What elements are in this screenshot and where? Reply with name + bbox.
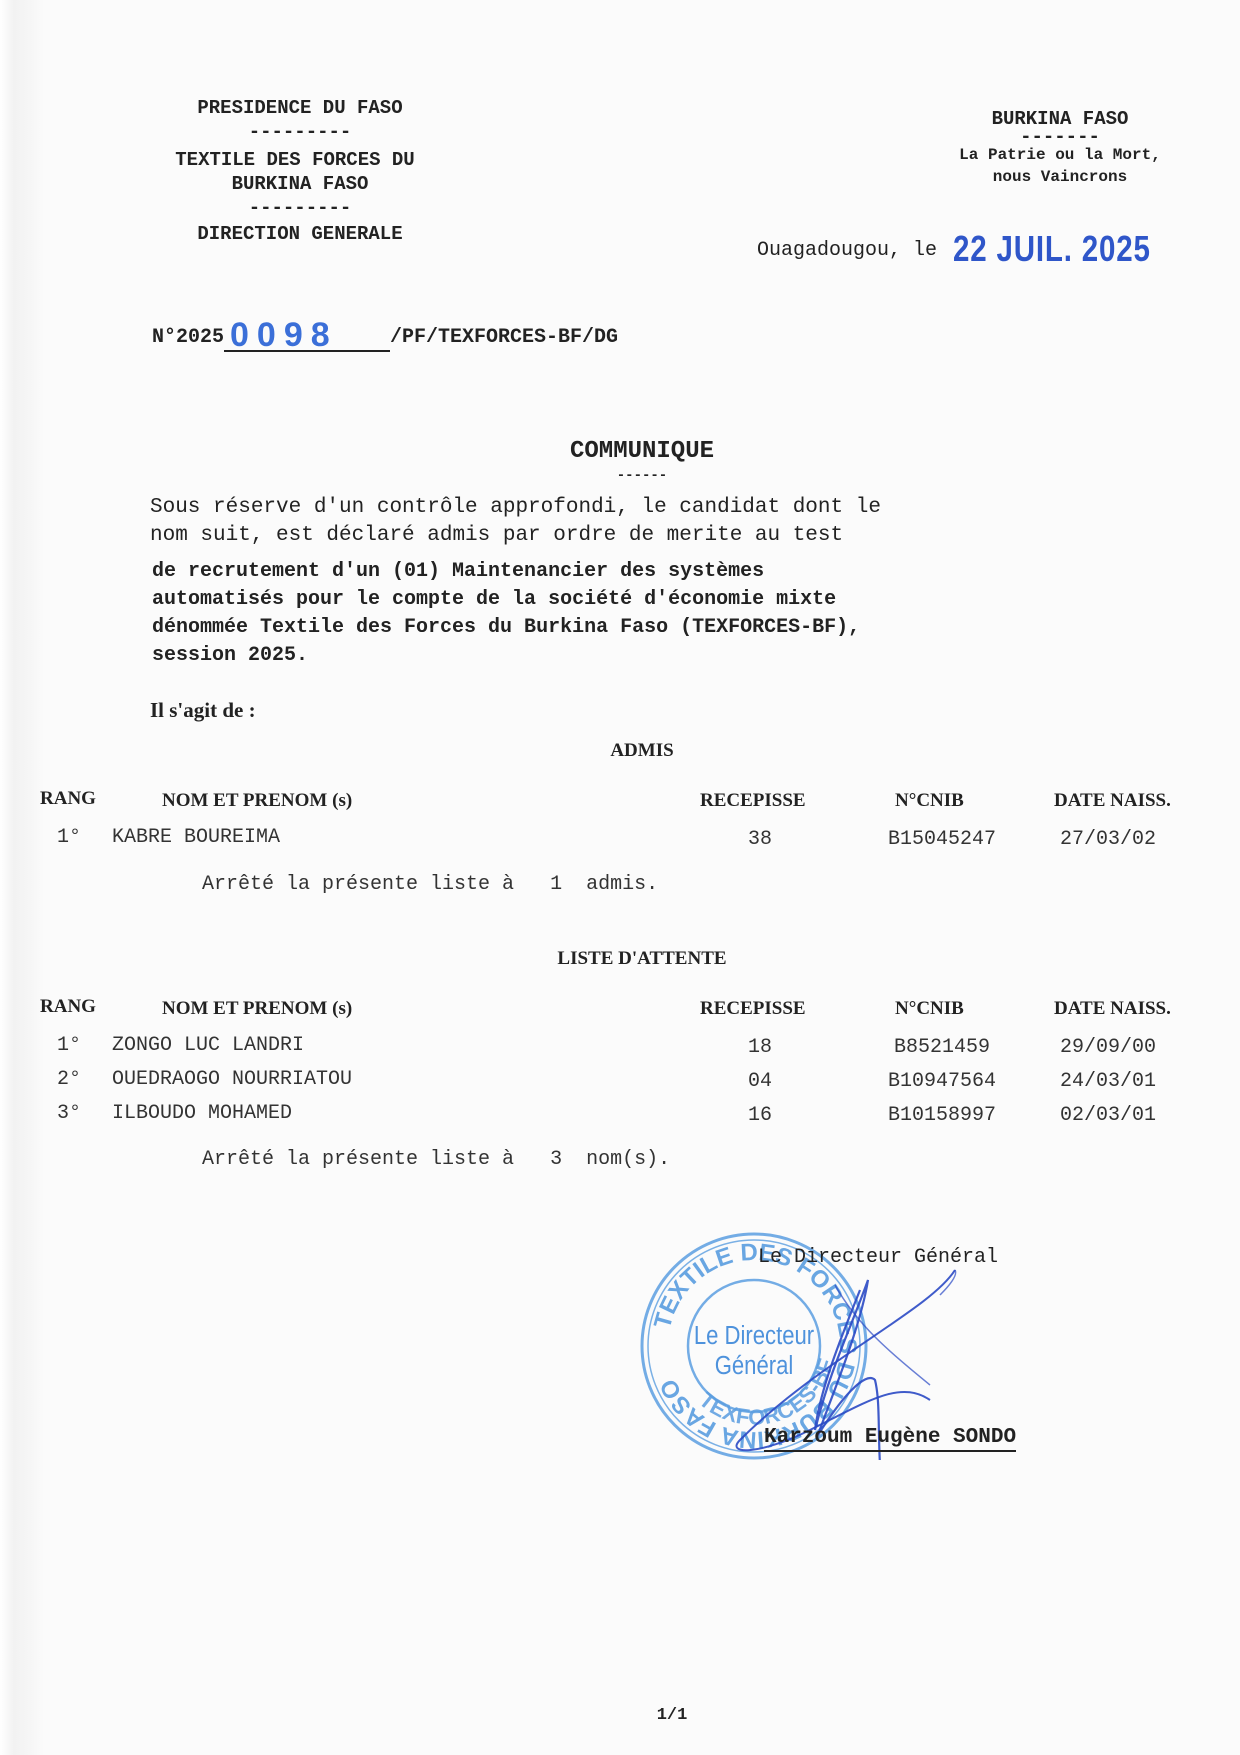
separator: --------- xyxy=(150,120,450,144)
cell-nom: KABRE BOUREIMA xyxy=(112,826,280,849)
paragraph-line: Sous réserve d'un contrôle approfondi, l… xyxy=(150,494,1070,522)
cell-recepisse: 04 xyxy=(745,1070,775,1093)
waiting-list-closing-statement: Arrêté la présente liste à 3 nom(s). xyxy=(202,1148,670,1171)
company-label-line2: BURKINA FASO xyxy=(150,172,450,196)
cell-date: 27/03/02 xyxy=(1060,828,1156,851)
paragraph-line: de recrutement d'un (01) Maintenancier d… xyxy=(152,558,1072,586)
col-header-cnib: N°CNIB xyxy=(895,790,964,812)
issuer-header: PRESIDENCE DU FASO --------- TEXTILE DES… xyxy=(150,96,450,246)
paragraph-line: nom suit, est déclaré admis par ordre de… xyxy=(150,522,1070,550)
col-header-recepisse: RECEPISSE xyxy=(700,998,806,1020)
reference-handwritten-number: 0098 xyxy=(224,320,390,352)
cell-recepisse: 16 xyxy=(745,1104,775,1127)
col-header-rang: RANG xyxy=(40,996,96,1018)
date-line: Ouagadougou, le 22 JUIL. 2025 xyxy=(757,228,1194,270)
cell-nom: ZONGO LUC LANDRI xyxy=(112,1034,304,1057)
paragraph-line: automatisés pour le compte de la société… xyxy=(152,586,1072,614)
paragraph-line: dénommée Textile des Forces du Burkina F… xyxy=(152,614,1072,642)
reference-suffix: /PF/TEXFORCES-BF/DG xyxy=(390,326,618,349)
page-number: 1/1 xyxy=(0,1706,1240,1725)
admis-closing-statement: Arrêté la présente liste à 1 admis. xyxy=(202,873,658,896)
cell-nom: ILBOUDO MOHAMED xyxy=(112,1102,292,1125)
document-title: COMMUNIQUE xyxy=(0,438,1240,465)
direction-label: DIRECTION GENERALE xyxy=(150,222,450,246)
cell-rang: 2° xyxy=(57,1068,81,1091)
intro-paragraph: Sous réserve d'un contrôle approfondi, l… xyxy=(150,494,1070,550)
country-header: BURKINA FASO ------- La Patrie ou la Mor… xyxy=(920,108,1200,188)
cell-cnib: B10947564 xyxy=(872,1070,1012,1093)
signatory-name: Karzoum Eugène SONDO xyxy=(764,1426,1016,1452)
col-header-nom: NOM ET PRENOM (s) xyxy=(162,998,352,1020)
col-header-cnib: N°CNIB xyxy=(895,998,964,1020)
motto-line2: nous Vaincrons xyxy=(920,166,1200,188)
company-label-line1: TEXTILE DES FORCES DU xyxy=(140,148,450,172)
col-header-nom: NOM ET PRENOM (s) xyxy=(162,790,352,812)
closing-count: 3 xyxy=(550,1148,562,1171)
separator: --------- xyxy=(150,196,450,220)
col-header-date: DATE NAISS. xyxy=(1054,790,1171,812)
col-header-rang: RANG xyxy=(40,788,96,810)
separator: ------- xyxy=(920,130,1200,144)
closing-suffix: nom(s). xyxy=(586,1148,670,1171)
cell-rang: 1° xyxy=(57,826,81,849)
list-intro-label: Il s'agit de : xyxy=(150,698,256,723)
cell-date: 29/09/00 xyxy=(1060,1036,1156,1059)
place-label: Ouagadougou, le xyxy=(757,239,937,262)
cell-date: 24/03/01 xyxy=(1060,1070,1156,1093)
cell-rang: 3° xyxy=(57,1102,81,1125)
cell-recepisse: 18 xyxy=(745,1036,775,1059)
cell-cnib: B15045247 xyxy=(872,828,1012,851)
paragraph-line: session 2025. xyxy=(152,642,1072,670)
cell-cnib: B8521459 xyxy=(872,1036,1012,1059)
scan-edge xyxy=(0,0,44,1755)
reference-number: N°20250098/PF/TEXFORCES-BF/DG xyxy=(152,320,618,352)
col-header-date: DATE NAISS. xyxy=(1054,998,1171,1020)
closing-count: 1 xyxy=(550,873,562,896)
cell-cnib: B10158997 xyxy=(872,1104,1012,1127)
closing-prefix: Arrêté la présente liste à xyxy=(202,1148,514,1171)
cell-rang: 1° xyxy=(57,1034,81,1057)
intro-paragraph-bold: de recrutement d'un (01) Maintenancier d… xyxy=(152,558,1072,670)
title-separator: ------ xyxy=(0,468,1240,484)
closing-prefix: Arrêté la présente liste à xyxy=(202,873,514,896)
admis-section-title: ADMIS xyxy=(0,740,1240,762)
cell-recepisse: 38 xyxy=(745,828,775,851)
cell-nom: OUEDRAOGO NOURRIATOU xyxy=(112,1068,352,1091)
date-stamp: 22 JUIL. 2025 xyxy=(953,228,1151,270)
presidency-label: PRESIDENCE DU FASO xyxy=(150,96,450,120)
motto-line1: La Patrie ou la Mort, xyxy=(920,144,1200,166)
col-header-recepisse: RECEPISSE xyxy=(700,790,806,812)
waiting-list-title: LISTE D'ATTENTE xyxy=(0,948,1240,970)
closing-suffix: admis. xyxy=(586,873,658,896)
reference-prefix: N°2025 xyxy=(152,326,224,349)
cell-date: 02/03/01 xyxy=(1060,1104,1156,1127)
